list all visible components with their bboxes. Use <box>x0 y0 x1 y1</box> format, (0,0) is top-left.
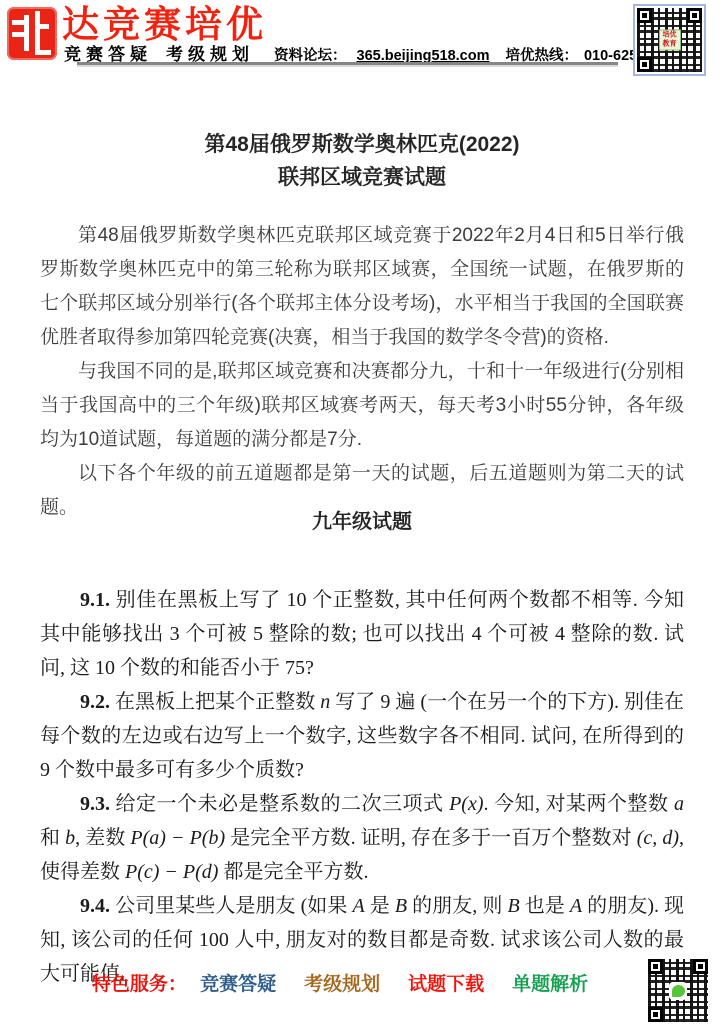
intro-paragraph: 第48届俄罗斯数学奥林匹克联邦区域竞赛于2022年2月4日和5日举行俄罗斯数学奥… <box>40 219 684 355</box>
header-divider <box>77 62 618 65</box>
math-variable: (c, d) <box>637 827 679 849</box>
title-line-1: 第48届俄罗斯数学奥林匹克(2022) <box>40 128 684 161</box>
qr-finder-icon <box>648 959 663 974</box>
brand-logo-seal <box>7 7 57 60</box>
math-variable: n <box>320 691 330 713</box>
intro-paragraph: 与我国不同的是,联邦区域竞赛和决赛都分九，十和十一年级进行(分别相当于我国高中的… <box>40 355 684 457</box>
math-variable: P(x) <box>449 793 483 815</box>
problem-number: 9.1. <box>80 589 116 611</box>
qr-finder-icon <box>637 8 652 23</box>
problem-number: 9.2. <box>80 691 115 713</box>
qr-finder-icon <box>648 1007 663 1022</box>
footer-services-line: 特色服务： 竞赛答疑考级规划试题下载单题解析 <box>60 969 620 996</box>
qr-center-badge: 培优教育 <box>659 30 681 51</box>
footer-service-item: 竞赛答疑 <box>200 974 276 995</box>
problem-item: 9.2. 在黑板上把某个正整数 n 写了 9 遍 (一个在另一个的下方). 别佳… <box>40 685 684 787</box>
footer-service-item: 单题解析 <box>512 974 588 995</box>
math-variable: B <box>395 895 407 917</box>
intro-paragraphs: 第48届俄罗斯数学奥林匹克联邦区域竞赛于2022年2月4日和5日举行俄罗斯数学奥… <box>40 219 684 525</box>
footer-service-item: 试题下载 <box>408 974 484 995</box>
problem-text: 和 <box>40 827 65 849</box>
qr-code-top: 培优教育 <box>633 4 706 76</box>
math-variable: a <box>674 793 684 815</box>
math-variable: P(a) − P(b) <box>130 827 225 849</box>
footer-service-item: 考级规划 <box>304 974 380 995</box>
qr-code-bottom <box>646 957 710 1024</box>
footer-services-label: 特色服务： <box>92 974 187 995</box>
qr-finder-icon <box>637 57 652 72</box>
bei-character-icon <box>7 7 57 60</box>
problem-text: 也是 <box>520 895 570 917</box>
problem-item: 9.3. 给定一个未必是整系数的二次三项式 P(x). 今知, 对某两个整数 a… <box>40 787 684 889</box>
problem-text: 公司里某些人是朋友 (如果 <box>115 895 352 917</box>
grade9-section-title: 九年级试题 <box>40 505 684 534</box>
math-variable: B <box>507 895 519 917</box>
document-title: 第48届俄罗斯数学奥林匹克(2022) 联邦区域竞赛试题 <box>40 128 684 194</box>
problem-list: 9.1. 别佳在黑板上写了 10 个正整数, 其中任何两个数都不相等. 今知其中… <box>40 583 684 991</box>
math-variable: A <box>352 895 364 917</box>
math-variable: A <box>570 895 582 917</box>
problem-text: , 差数 <box>75 827 130 849</box>
qr-finder-icon <box>693 959 708 974</box>
document-page: 达竞赛培优 竞赛答疑 考级规划 资料论坛： 365.beijing518.com… <box>0 0 724 1024</box>
title-line-2: 联邦区域竞赛试题 <box>40 161 684 194</box>
problem-text: 给定一个未必是整系数的二次三项式 <box>116 793 450 815</box>
problem-text: 的朋友, 则 <box>407 895 507 917</box>
problem-item: 9.1. 别佳在黑板上写了 10 个正整数, 其中任何两个数都不相等. 今知其中… <box>40 583 684 685</box>
wechat-icon <box>669 982 687 1000</box>
math-variable: b <box>65 827 75 849</box>
problem-number: 9.3. <box>80 793 116 815</box>
problem-text: 在黑板上把某个正整数 <box>115 691 320 713</box>
problem-text: 别佳在黑板上写了 10 个正整数, 其中任何两个数都不相等. 今知其中能够找出 … <box>40 589 684 679</box>
problem-text: 是完全平方数. 证明, 存在多于一百万个整数对 <box>225 827 637 849</box>
math-variable: P(c) − P(d) <box>125 861 218 883</box>
problem-text: . 今知, 对某两个整数 <box>483 793 674 815</box>
problem-number: 9.4. <box>80 895 115 917</box>
qr-finder-icon <box>687 8 702 23</box>
problem-text: 都是完全平方数. <box>218 861 368 883</box>
problem-text: 是 <box>365 895 395 917</box>
